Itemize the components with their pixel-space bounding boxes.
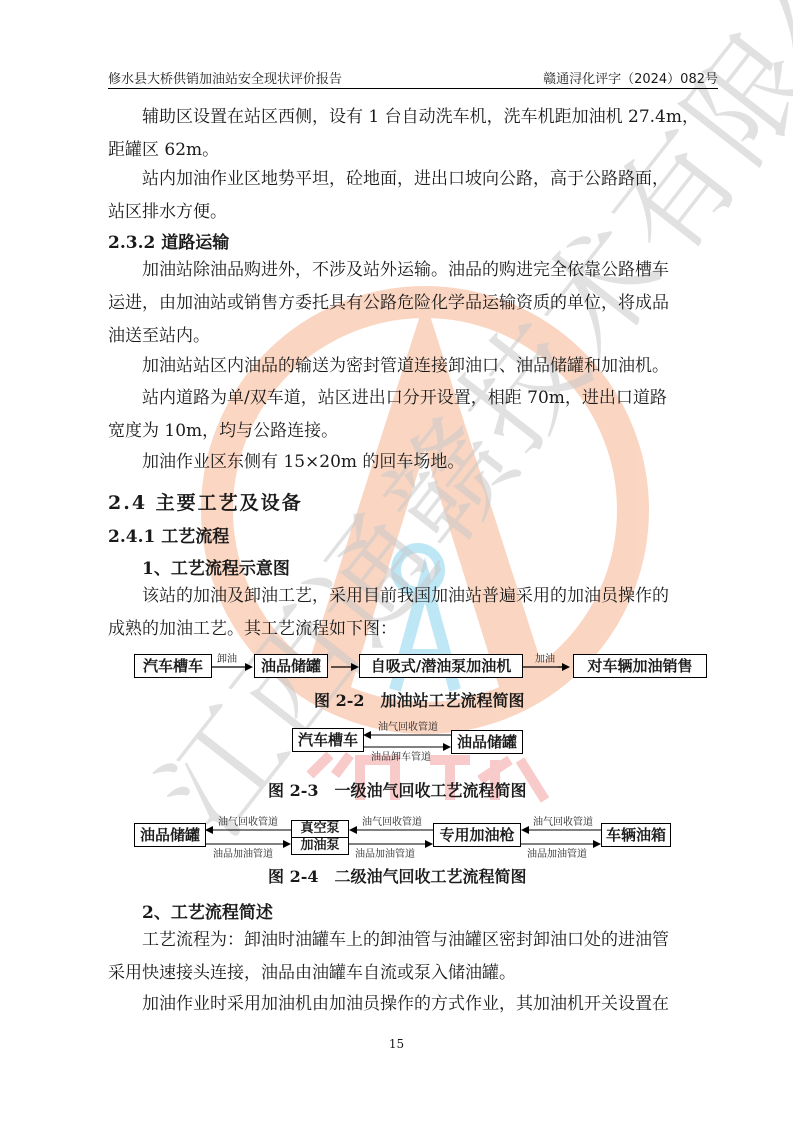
document-page: 江西通赣技术有限公司 修水县大桥供销加油站安全现状评价报告 赣通浔化评字（202…: [0, 0, 793, 1122]
vapor2-box-pump: 真空泵 加油泵: [291, 820, 349, 855]
section-heading-2-4-1: 2.4.1 工艺流程: [108, 522, 229, 547]
flow-box-vehicle-sales: 对车辆加油销售: [573, 654, 707, 678]
vapor2-label-bottom-3: 油品加油管道: [527, 845, 587, 860]
paragraph-unloading: 工艺流程为：卸油时油罐车上的卸油管与油罐区密封卸油口处的进油管 采用快速接头连接…: [108, 924, 720, 990]
vapor1-box-tanker: 汽车槽车: [292, 728, 364, 752]
paragraph-terrain: 站内加油作业区地势平坦，砼地面，进出口坡向公路，高于公路路面， 站区排水方便。: [108, 163, 720, 229]
paragraph-pipeline: 加油站站区内油品的输送为密封管道连接卸油口、油品储罐和加油机。: [108, 350, 720, 383]
flow-box-dispenser: 自吸式/潜油泵加油机: [359, 654, 523, 678]
figure-2-3-caption: 图 2-3 一级油气回收工艺流程简图: [268, 778, 526, 801]
vapor1-label-top: 油气回收管道: [378, 718, 438, 733]
item-heading-flow-diagram: 1、工艺流程示意图: [142, 554, 290, 579]
vapor2-box-storage-tank: 油品储罐: [134, 823, 206, 847]
vapor2-box-nozzle: 专用加油枪: [433, 823, 521, 847]
page-header: 修水县大桥供销加油站安全现状评价报告 赣通浔化评字（2024）082号: [108, 66, 718, 89]
vapor2-label-bottom-2: 油品加油管道: [355, 845, 415, 860]
paragraph-refueling: 加油作业时采用加油机由加油员操作的方式作业，其加油机开关设置在: [108, 988, 720, 1021]
page-number: 15: [0, 1037, 793, 1051]
vapor2-box-vehicle-tank: 车辆油箱: [601, 823, 671, 847]
vapor1-box-storage-tank: 油品储罐: [451, 730, 523, 754]
vapor2-label-top-1: 油气回收管道: [218, 813, 278, 828]
report-title: 修水县大桥供销加油站安全现状评价报告: [108, 68, 342, 87]
section-heading-2-3-2: 2.3.2 道路运输: [108, 228, 229, 253]
vapor1-label-bottom: 油品卸车管道: [371, 748, 431, 763]
paragraph-process-intro: 该站的加油及卸油工艺，采用目前我国加油站普遍采用的加油员操作的 成熟的加油工艺。…: [108, 580, 720, 646]
vapor2-label-top-3: 油气回收管道: [533, 813, 593, 828]
vacuum-pump-label: 真空泵: [292, 821, 348, 838]
arrow-label-unload: 卸油: [217, 650, 237, 665]
paragraph-transport: 加油站除油品购进外，不涉及站外运输。油品的购进完全依靠公路槽车 运进，由加油站或…: [108, 254, 720, 353]
paragraph-auxiliary-area: 辅助区设置在站区西侧，设有 1 台自动洗车机，洗车机距加油机 27.4m， 距罐…: [108, 101, 720, 167]
figure-2-4-caption: 图 2-4 二级油气回收工艺流程简图: [268, 864, 526, 887]
report-number: 赣通浔化评字（2024）082号: [543, 68, 718, 87]
figure-2-2-caption: 图 2-2 加油站工艺流程简图: [314, 688, 524, 711]
flow-box-tanker: 汽车槽车: [134, 654, 212, 678]
vapor2-label-top-2: 油气回收管道: [362, 813, 422, 828]
arrow-label-refuel: 加油: [535, 650, 555, 665]
paragraph-roads: 站内道路为单/双车道，站区进出口分开设置，相距 70m，进出口道路 宽度为 10…: [108, 382, 720, 448]
paragraph-turnaround: 加油作业区东侧有 15×20m 的回车场地。: [108, 446, 720, 479]
fuel-pump-label: 加油泵: [292, 838, 348, 854]
section-heading-2-4: 2.4 主要工艺及设备: [108, 488, 303, 515]
item-heading-process-summary: 2、工艺流程简述: [142, 898, 273, 923]
flow-box-storage-tank: 油品储罐: [254, 654, 328, 678]
vapor2-label-bottom-1: 油品加油管道: [213, 845, 273, 860]
